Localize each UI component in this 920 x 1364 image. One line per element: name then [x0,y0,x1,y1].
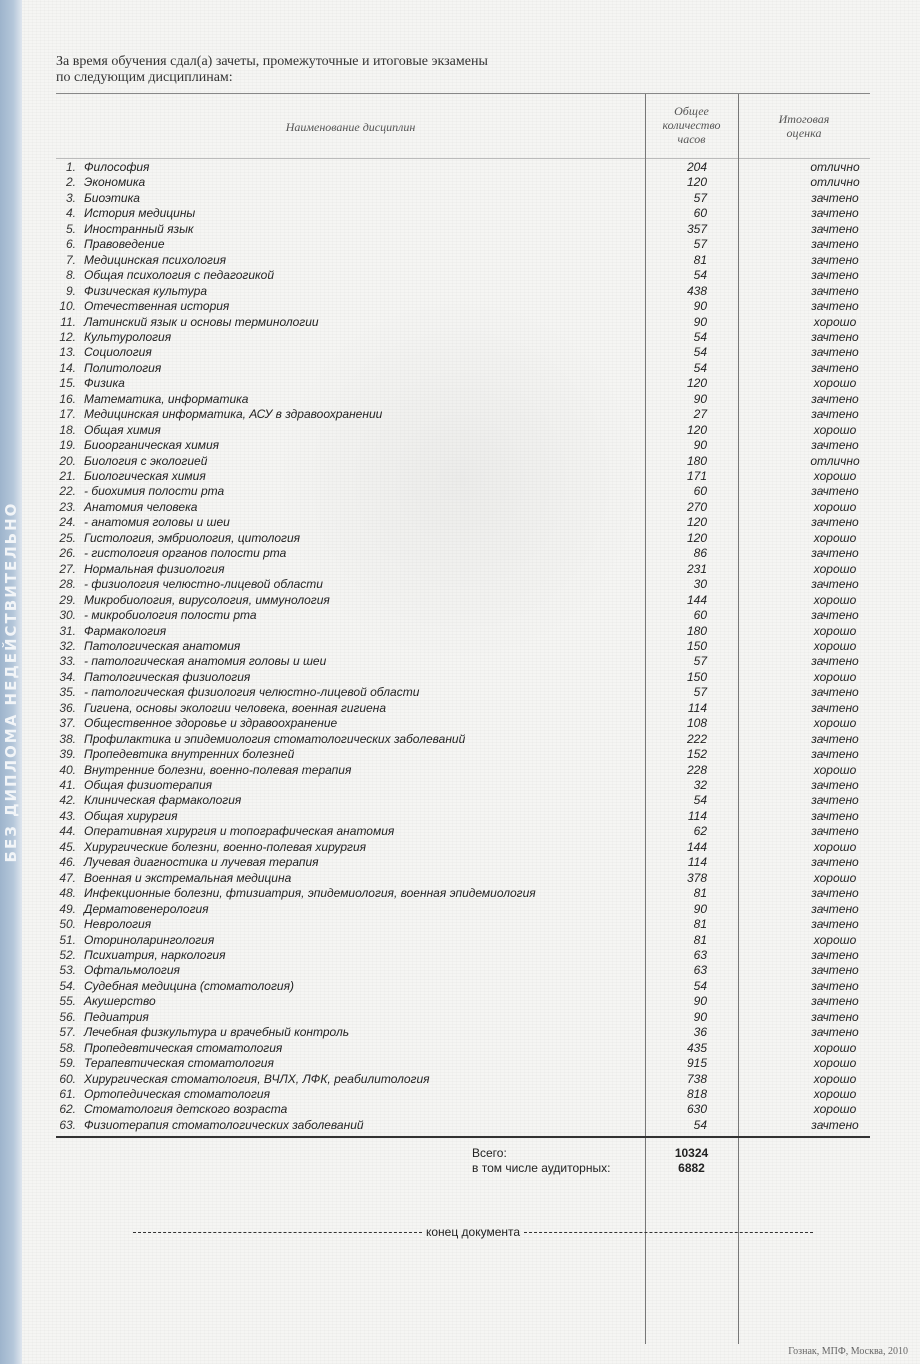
discipline-grade: зачтено [770,793,900,808]
table-row: 9.Физическая культура438зачтено [0,284,920,299]
row-number: 50. [50,917,76,932]
row-number: 14. [50,361,76,376]
row-number: 26. [50,546,76,561]
discipline-hours: 60 [645,206,707,221]
row-number: 25. [50,531,76,546]
row-number: 44. [50,824,76,839]
discipline-grade: хорошо [770,593,900,608]
row-number: 2. [50,175,76,190]
printer-imprint: Гознак, МПФ, Москва, 2010 [788,1346,908,1357]
discipline-name: Физическая культура [84,284,207,299]
table-row: 44.Оперативная хирургия и топографическа… [0,824,920,839]
discipline-name: Оперативная хирургия и топографическая а… [84,824,394,839]
discipline-name: Правоведение [84,237,165,252]
discipline-hours: 54 [645,345,707,360]
discipline-hours: 60 [645,484,707,499]
discipline-hours: 114 [645,809,707,824]
discipline-name: Социология [84,345,152,360]
discipline-grade: хорошо [770,840,900,855]
discipline-hours: 204 [645,160,707,175]
discipline-hours: 120 [645,531,707,546]
row-number: 55. [50,994,76,1009]
totals-values: 10324 6882 [645,1146,738,1176]
table-row: 39.Пропедевтика внутренних болезней152за… [0,747,920,762]
table-row: 6.Правоведение57зачтено [0,237,920,252]
discipline-grade: зачтено [770,299,900,314]
dashed-line [133,1232,422,1233]
discipline-name: Инфекционные болезни, фтизиатрия, эпидем… [84,886,536,901]
discipline-name: Внутренние болезни, военно-полевая терап… [84,763,351,778]
table-row: 31.Фармакология180хорошо [0,624,920,639]
discipline-name: Патологическая анатомия [84,639,240,654]
discipline-hours: 90 [645,994,707,1009]
row-number: 19. [50,438,76,453]
table-row: 53.Офтальмология63зачтено [0,963,920,978]
discipline-grade: хорошо [770,1056,900,1071]
discipline-name: Пропедевтическая стоматология [84,1041,282,1056]
discipline-grade: зачтено [770,994,900,1009]
row-number: 28. [50,577,76,592]
row-number: 27. [50,562,76,577]
row-number: 4. [50,206,76,221]
discipline-grade: хорошо [770,639,900,654]
end-of-document-label: конец документа [422,1225,524,1239]
table-row: 51.Оториноларингология81хорошо [0,933,920,948]
table-row: 4.История медицины60зачтено [0,206,920,221]
discipline-hours: 54 [645,793,707,808]
row-number: 1. [50,160,76,175]
row-number: 18. [50,423,76,438]
row-number: 21. [50,469,76,484]
row-number: 47. [50,871,76,886]
discipline-grade: отлично [770,454,900,469]
discipline-grade: зачтено [770,886,900,901]
discipline-grade: зачтено [770,268,900,283]
row-number: 33. [50,654,76,669]
row-number: 35. [50,685,76,700]
discipline-name: Патологическая физиология [84,670,250,685]
row-number: 45. [50,840,76,855]
discipline-hours: 144 [645,593,707,608]
table-row: 29.Микробиология, вирусология, иммунолог… [0,593,920,608]
table-row: 20.Биология с экологией180отлично [0,454,920,469]
row-number: 41. [50,778,76,793]
table-row: 42.Клиническая фармакология54зачтено [0,793,920,808]
discipline-grade: зачтено [770,577,900,592]
row-number: 7. [50,253,76,268]
table-row: 10.Отечественная история90зачтено [0,299,920,314]
table-row: 22.- биохимия полости рта60зачтено [0,484,920,499]
discipline-hours: 90 [645,902,707,917]
row-number: 6. [50,237,76,252]
discipline-grade: зачтено [770,515,900,530]
row-number: 9. [50,284,76,299]
discipline-grade: хорошо [770,1102,900,1117]
table-row: 45.Хирургические болезни, военно-полевая… [0,840,920,855]
row-number: 22. [50,484,76,499]
discipline-name: - гистология органов полости рта [84,546,286,561]
discipline-name: Военная и экстремальная медицина [84,871,291,886]
row-number: 46. [50,855,76,870]
table-row: 12.Культурология54зачтено [0,330,920,345]
discipline-name: Дерматовенерология [84,902,209,917]
discipline-grade: зачтено [770,392,900,407]
table-row: 58.Пропедевтическая стоматология435хорош… [0,1041,920,1056]
discipline-name: Общая хирургия [84,809,177,824]
table-row: 49.Дерматовенерология90зачтено [0,902,920,917]
table-row: 34.Патологическая физиология150хорошо [0,670,920,685]
discipline-name: Математика, информатика [84,392,248,407]
row-number: 42. [50,793,76,808]
discipline-grade: зачтено [770,284,900,299]
classroom-hours-label: в том числе аудиторных: [472,1161,610,1176]
discipline-grade: зачтено [770,608,900,623]
table-row: 62.Стоматология детского возраста630хоро… [0,1102,920,1117]
discipline-hours: 120 [645,515,707,530]
row-number: 39. [50,747,76,762]
row-number: 56. [50,1010,76,1025]
discipline-name: Офтальмология [84,963,180,978]
row-number: 11. [50,315,76,330]
end-of-document-marker: конец документа [133,1225,813,1239]
discipline-grade: хорошо [770,315,900,330]
discipline-grade: хорошо [770,469,900,484]
discipline-hours: 738 [645,1072,707,1087]
row-number: 37. [50,716,76,731]
discipline-hours: 81 [645,886,707,901]
discipline-hours: 81 [645,253,707,268]
discipline-hours: 222 [645,732,707,747]
discipline-hours: 62 [645,824,707,839]
discipline-name: Гигиена, основы экологии человека, военн… [84,701,386,716]
table-row: 13.Социология54зачтено [0,345,920,360]
row-number: 12. [50,330,76,345]
discipline-grade: зачтено [770,361,900,376]
discipline-grade: отлично [770,160,900,175]
classroom-hours-value: 6882 [645,1161,738,1176]
table-row: 57.Лечебная физкультура и врачебный конт… [0,1025,920,1040]
discipline-grade: зачтено [770,345,900,360]
table-row: 24.- анатомия головы и шеи120зачтено [0,515,920,530]
table-row: 41.Общая физиотерапия32зачтено [0,778,920,793]
table-row: 11.Латинский язык и основы терминологии9… [0,315,920,330]
table-row: 47.Военная и экстремальная медицина378хо… [0,871,920,886]
discipline-hours: 630 [645,1102,707,1117]
dashed-line [524,1232,813,1233]
header-grade-line: оценка [738,126,870,140]
discipline-grade: зачтено [770,1118,900,1133]
table-row: 8.Общая психология с педагогикой54зачтен… [0,268,920,283]
table-header-rule [56,158,870,159]
discipline-grade: зачтено [770,546,900,561]
discipline-hours: 818 [645,1087,707,1102]
discipline-hours: 90 [645,438,707,453]
discipline-hours: 114 [645,701,707,716]
discipline-hours: 438 [645,284,707,299]
discipline-grade: хорошо [770,423,900,438]
discipline-name: Отечественная история [84,299,229,314]
discipline-name: Анатомия человека [84,500,197,515]
discipline-name: Физиотерапия стоматологических заболеван… [84,1118,364,1133]
row-number: 15. [50,376,76,391]
discipline-grade: зачтено [770,902,900,917]
table-row: 60.Хирургическая стоматология, ВЧЛХ, ЛФК… [0,1072,920,1087]
header-final-grade: Итоговая оценка [738,112,870,140]
discipline-hours: 57 [645,191,707,206]
discipline-grade: хорошо [770,670,900,685]
table-row: 38.Профилактика и эпидемиология стоматол… [0,732,920,747]
table-row: 7.Медицинская психология81зачтено [0,253,920,268]
discipline-name: Биология с экологией [84,454,207,469]
table-row: 33.- патологическая анатомия головы и ше… [0,654,920,669]
row-number: 53. [50,963,76,978]
row-number: 23. [50,500,76,515]
discipline-hours: 60 [645,608,707,623]
row-number: 49. [50,902,76,917]
discipline-hours: 54 [645,979,707,994]
discipline-name: История медицины [84,206,195,221]
diploma-supplement-page: БЕЗ ДИПЛОМА НЕДЕЙСТВИТЕЛЬНО За время обу… [0,0,920,1364]
discipline-name: Фармакология [84,624,166,639]
discipline-grade: зачтено [770,732,900,747]
discipline-grade: хорошо [770,933,900,948]
discipline-hours: 81 [645,933,707,948]
discipline-name: Биоэтика [84,191,140,206]
table-row: 27.Нормальная физиология231хорошо [0,562,920,577]
discipline-grade: хорошо [770,871,900,886]
discipline-hours: 152 [645,747,707,762]
total-hours-value: 10324 [645,1146,738,1161]
table-row: 5.Иностранный язык357зачтено [0,222,920,237]
discipline-name: Иностранный язык [84,222,194,237]
discipline-grade: хорошо [770,500,900,515]
discipline-grade: хорошо [770,624,900,639]
table-row: 37.Общественное здоровье и здравоохранен… [0,716,920,731]
discipline-name: Лечебная физкультура и врачебный контрол… [84,1025,349,1040]
discipline-name: Клиническая фармакология [84,793,241,808]
discipline-hours: 54 [645,361,707,376]
discipline-name: Политология [84,361,161,376]
row-number: 61. [50,1087,76,1102]
discipline-name: Ортопедическая стоматология [84,1087,270,1102]
discipline-hours: 30 [645,577,707,592]
discipline-hours: 54 [645,330,707,345]
table-row: 23.Анатомия человека270хорошо [0,500,920,515]
row-number: 52. [50,948,76,963]
row-number: 59. [50,1056,76,1071]
row-number: 57. [50,1025,76,1040]
discipline-name: Оториноларингология [84,933,214,948]
discipline-hours: 150 [645,670,707,685]
row-number: 10. [50,299,76,314]
discipline-hours: 435 [645,1041,707,1056]
discipline-grade: отлично [770,175,900,190]
discipline-name: Физика [84,376,125,391]
discipline-hours: 144 [645,840,707,855]
table-bottom-rule [56,1136,870,1138]
row-number: 58. [50,1041,76,1056]
discipline-grade: хорошо [770,531,900,546]
discipline-hours: 108 [645,716,707,731]
discipline-grade: зачтено [770,206,900,221]
table-row: 28.- физиология челюстно-лицевой области… [0,577,920,592]
discipline-hours: 63 [645,963,707,978]
discipline-grade: зачтено [770,778,900,793]
discipline-grade: хорошо [770,562,900,577]
discipline-grade: зачтено [770,330,900,345]
row-number: 8. [50,268,76,283]
header-hours-line: Общее [645,104,738,118]
discipline-grade: зачтено [770,407,900,422]
row-number: 48. [50,886,76,901]
intro-line-1: За время обучения сдал(а) зачеты, промеж… [56,54,488,70]
table-row: 17.Медицинская информатика, АСУ в здраво… [0,407,920,422]
header-discipline-name: Наименование дисциплин [56,120,645,134]
row-number: 36. [50,701,76,716]
intro-line-2: по следующим дисциплинам: [56,70,488,86]
discipline-hours: 357 [645,222,707,237]
discipline-grade: зачтено [770,963,900,978]
discipline-hours: 120 [645,423,707,438]
row-number: 29. [50,593,76,608]
row-number: 43. [50,809,76,824]
discipline-grade: зачтено [770,824,900,839]
table-row: 30.- микробиология полости рта60зачтено [0,608,920,623]
table-row: 25.Гистология, эмбриология, цитология120… [0,531,920,546]
discipline-name: Хирургическая стоматология, ВЧЛХ, ЛФК, р… [84,1072,430,1087]
discipline-hours: 180 [645,624,707,639]
discipline-hours: 90 [645,299,707,314]
discipline-hours: 378 [645,871,707,886]
discipline-name: Общественное здоровье и здравоохранение [84,716,337,731]
row-number: 34. [50,670,76,685]
discipline-hours: 36 [645,1025,707,1040]
row-number: 13. [50,345,76,360]
discipline-hours: 915 [645,1056,707,1071]
discipline-name: - патологическая физиология челюстно-лиц… [84,685,419,700]
row-number: 32. [50,639,76,654]
discipline-hours: 63 [645,948,707,963]
discipline-grade: зачтено [770,654,900,669]
row-number: 31. [50,624,76,639]
discipline-hours: 57 [645,685,707,700]
discipline-grade: зачтено [770,979,900,994]
discipline-name: - физиология челюстно-лицевой области [84,577,323,592]
row-number: 30. [50,608,76,623]
row-number: 24. [50,515,76,530]
discipline-grade: зачтено [770,948,900,963]
discipline-grade: хорошо [770,1072,900,1087]
discipline-name: Психиатрия, наркология [84,948,225,963]
discipline-name: - микробиология полости рта [84,608,257,623]
table-row: 18.Общая химия120хорошо [0,423,920,438]
discipline-name: Медицинская информатика, АСУ в здравоохр… [84,407,382,422]
discipline-name: - анатомия головы и шеи [84,515,230,530]
discipline-grade: зачтено [770,701,900,716]
total-hours-label: Всего: [472,1146,610,1161]
header-grade-line: Итоговая [738,112,870,126]
discipline-name: Культурология [84,330,171,345]
row-number: 63. [50,1118,76,1133]
table-row: 36.Гигиена, основы экологии человека, во… [0,701,920,716]
table-row: 15.Физика120хорошо [0,376,920,391]
discipline-name: Стоматология детского возраста [84,1102,287,1117]
discipline-name: Нормальная физиология [84,562,225,577]
discipline-hours: 90 [645,1010,707,1025]
discipline-grade: зачтено [770,237,900,252]
discipline-name: Общая химия [84,423,161,438]
table-row: 59.Терапевтическая стоматология915хорошо [0,1056,920,1071]
table-row: 55.Акушерство90зачтено [0,994,920,1009]
row-number: 16. [50,392,76,407]
discipline-grade: зачтено [770,1025,900,1040]
discipline-hours: 27 [645,407,707,422]
discipline-hours: 180 [645,454,707,469]
discipline-name: - биохимия полости рта [84,484,224,499]
discipline-name: Пропедевтика внутренних болезней [84,747,294,762]
table-row: 1.Философия204отлично [0,160,920,175]
table-row: 32.Патологическая анатомия150хорошо [0,639,920,654]
table-row: 14.Политология54зачтено [0,361,920,376]
discipline-grade: зачтено [770,191,900,206]
table-row: 48.Инфекционные болезни, фтизиатрия, эпи… [0,886,920,901]
table-row: 26.- гистология органов полости рта86зач… [0,546,920,561]
discipline-hours: 90 [645,315,707,330]
row-number: 62. [50,1102,76,1117]
discipline-grade: хорошо [770,763,900,778]
header-hours-line: количество [645,118,738,132]
discipline-hours: 120 [645,175,707,190]
table-row: 50.Неврология81зачтено [0,917,920,932]
table-row: 40.Внутренние болезни, военно-полевая те… [0,763,920,778]
table-row: 56.Педиатрия90зачтено [0,1010,920,1025]
discipline-hours: 231 [645,562,707,577]
discipline-grade: зачтено [770,222,900,237]
table-row: 43.Общая хирургия114зачтено [0,809,920,824]
discipline-name: Философия [84,160,149,175]
discipline-hours: 150 [645,639,707,654]
header-hours-line: часов [645,132,738,146]
table-row: 52.Психиатрия, наркология63зачтено [0,948,920,963]
row-number: 5. [50,222,76,237]
discipline-name: Биоорганическая химия [84,438,219,453]
discipline-name: Хирургические болезни, военно-полевая хи… [84,840,366,855]
discipline-hours: 114 [645,855,707,870]
discipline-name: Экономика [84,175,145,190]
discipline-hours: 90 [645,392,707,407]
row-number: 17. [50,407,76,422]
table-row: 3.Биоэтика57зачтено [0,191,920,206]
discipline-hours: 270 [645,500,707,515]
discipline-hours: 57 [645,237,707,252]
row-number: 54. [50,979,76,994]
discipline-grade: зачтено [770,747,900,762]
table-row: 2.Экономика120отлично [0,175,920,190]
table-row: 61.Ортопедическая стоматология818хорошо [0,1087,920,1102]
discipline-hours: 120 [645,376,707,391]
row-number: 51. [50,933,76,948]
row-number: 20. [50,454,76,469]
discipline-name: Педиатрия [84,1010,149,1025]
discipline-grade: хорошо [770,1041,900,1056]
discipline-name: Профилактика и эпидемиология стоматологи… [84,732,465,747]
discipline-name: Акушерство [84,994,156,1009]
table-row: 35.- патологическая физиология челюстно-… [0,685,920,700]
discipline-name: Неврология [84,917,151,932]
table-row: 16.Математика, информатика90зачтено [0,392,920,407]
table-row: 63.Физиотерапия стоматологических заболе… [0,1118,920,1133]
discipline-name: Судебная медицина (стоматология) [84,979,294,994]
